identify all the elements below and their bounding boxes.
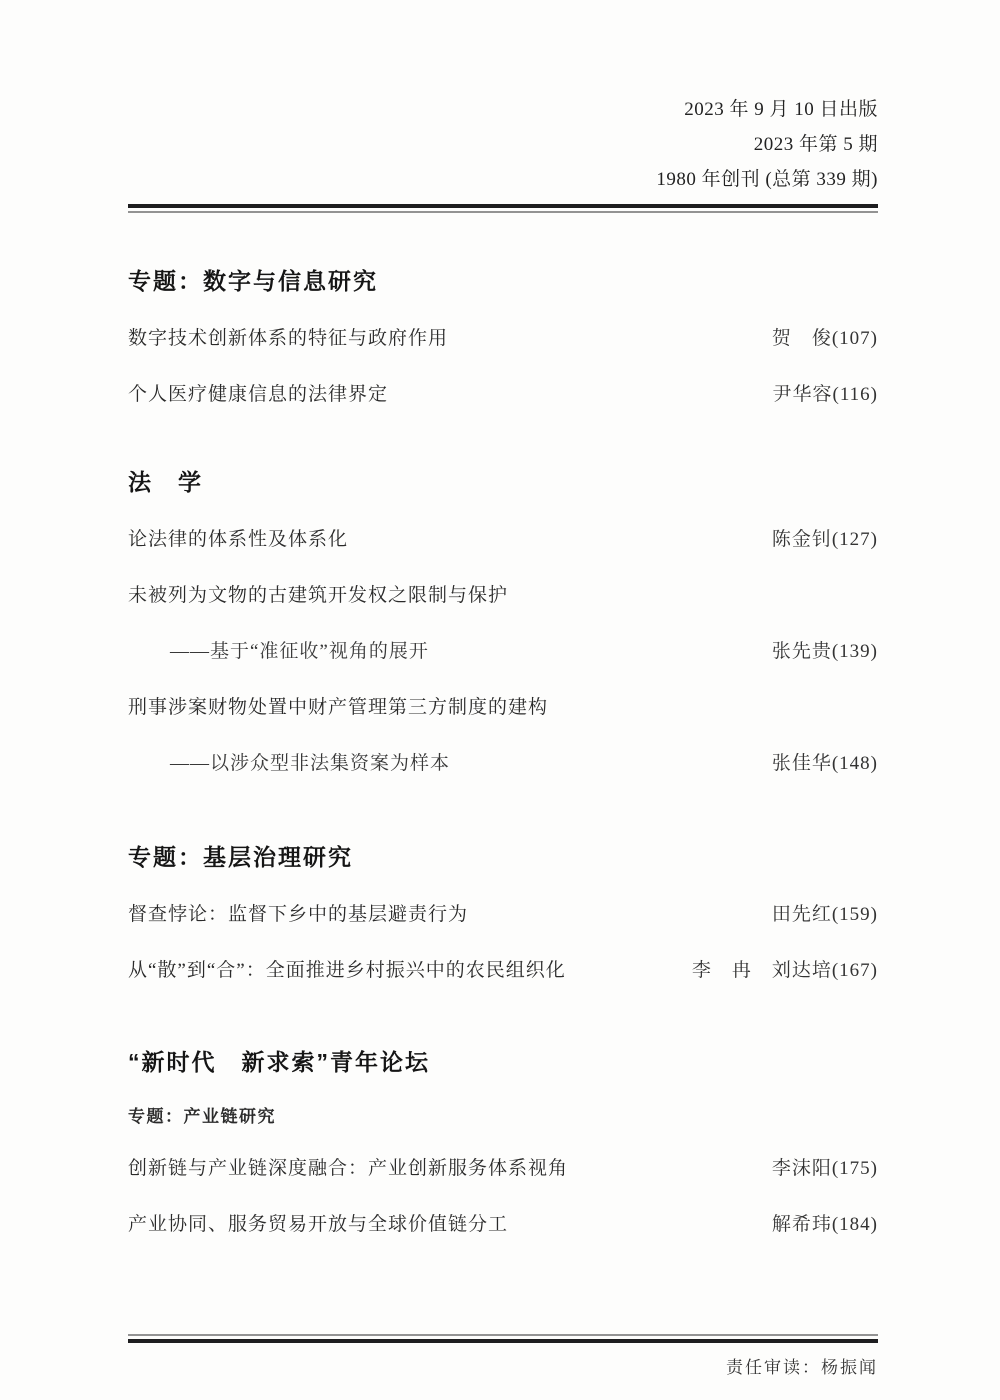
article-title: 刑事涉案财物处置中财产管理第三方制度的建构 bbox=[128, 692, 548, 719]
section-subheading-industry-chain: 专题：产业链研究 bbox=[128, 1102, 878, 1127]
article-author-page: 田先红(159) bbox=[752, 899, 878, 926]
article-title: 产业协同、服务贸易开放与全球价值链分工 bbox=[128, 1209, 508, 1236]
article-subtitle: ——以涉众型非法集资案为样本 bbox=[128, 748, 450, 775]
bottom-double-rule bbox=[128, 1334, 878, 1343]
article-author-page: 张先贵(139) bbox=[752, 636, 878, 663]
article-title: 创新链与产业链深度融合：产业创新服务体系视角 bbox=[128, 1153, 568, 1180]
article-title: 个人医疗健康信息的法律界定 bbox=[128, 379, 388, 406]
section-heading-law: 法 学 bbox=[128, 464, 878, 497]
section-heading-digital-info: 专题：数字与信息研究 bbox=[128, 263, 878, 296]
masthead: 2023 年 9 月 10 日出版 2023 年第 5 期 1980 年创刊 (… bbox=[128, 92, 878, 197]
toc-entry: 论法律的体系性及体系化 陈金钊(127) bbox=[128, 524, 878, 551]
article-author-page: 李 冉 刘达培(167) bbox=[672, 955, 878, 982]
article-author-page: 张佳华(148) bbox=[752, 748, 878, 775]
rule-thick bbox=[128, 1339, 878, 1343]
toc-entry: 个人医疗健康信息的法律界定 尹华容(116) bbox=[128, 379, 878, 406]
rule-thin bbox=[128, 211, 878, 213]
toc-entry-subtitle: ——基于“准征收”视角的展开 张先贵(139) bbox=[128, 636, 878, 663]
toc-entry-subtitle: ——以涉众型非法集资案为样本 张佳华(148) bbox=[128, 748, 878, 775]
publish-date: 2023 年 9 月 10 日出版 bbox=[128, 92, 878, 127]
article-title: 从“散”到“合”：全面推进乡村振兴中的农民组织化 bbox=[128, 955, 566, 982]
toc-entry: 创新链与产业链深度融合：产业创新服务体系视角 李沫阳(175) bbox=[128, 1153, 878, 1180]
article-author-page: 贺 俊(107) bbox=[752, 323, 878, 350]
issue-number: 2023 年第 5 期 bbox=[128, 127, 878, 162]
toc-entry: 未被列为文物的古建筑开发权之限制与保护 bbox=[128, 580, 878, 607]
reviewer-line: 责任审读：杨振闻 bbox=[128, 1353, 878, 1378]
article-author-page: 李沫阳(175) bbox=[752, 1153, 878, 1180]
toc-entry: 从“散”到“合”：全面推进乡村振兴中的农民组织化 李 冉 刘达培(167) bbox=[128, 955, 878, 982]
article-title: 未被列为文物的古建筑开发权之限制与保护 bbox=[128, 580, 508, 607]
toc-entry: 督查悖论：监督下乡中的基层避责行为 田先红(159) bbox=[128, 899, 878, 926]
founded-line: 1980 年创刊 (总第 339 期) bbox=[128, 162, 878, 197]
toc-entry: 数字技术创新体系的特征与政府作用 贺 俊(107) bbox=[128, 323, 878, 350]
article-author-page: 陈金钊(127) bbox=[752, 524, 878, 551]
toc-entry: 刑事涉案财物处置中财产管理第三方制度的建构 bbox=[128, 692, 878, 719]
section-heading-grassroots-governance: 专题：基层治理研究 bbox=[128, 839, 878, 872]
journal-toc-page: 2023 年 9 月 10 日出版 2023 年第 5 期 1980 年创刊 (… bbox=[128, 92, 878, 1378]
article-subtitle: ——基于“准征收”视角的展开 bbox=[128, 636, 429, 663]
article-title: 论法律的体系性及体系化 bbox=[128, 524, 348, 551]
article-author-page: 尹华容(116) bbox=[753, 379, 878, 406]
article-author-page: 解希玮(184) bbox=[752, 1209, 878, 1236]
top-double-rule bbox=[128, 204, 878, 213]
article-title: 督查悖论：监督下乡中的基层避责行为 bbox=[128, 899, 468, 926]
toc-entry: 产业协同、服务贸易开放与全球价值链分工 解希玮(184) bbox=[128, 1209, 878, 1236]
section-heading-youth-forum: “新时代 新求索”青年论坛 bbox=[128, 1044, 878, 1077]
article-title: 数字技术创新体系的特征与政府作用 bbox=[128, 323, 448, 350]
